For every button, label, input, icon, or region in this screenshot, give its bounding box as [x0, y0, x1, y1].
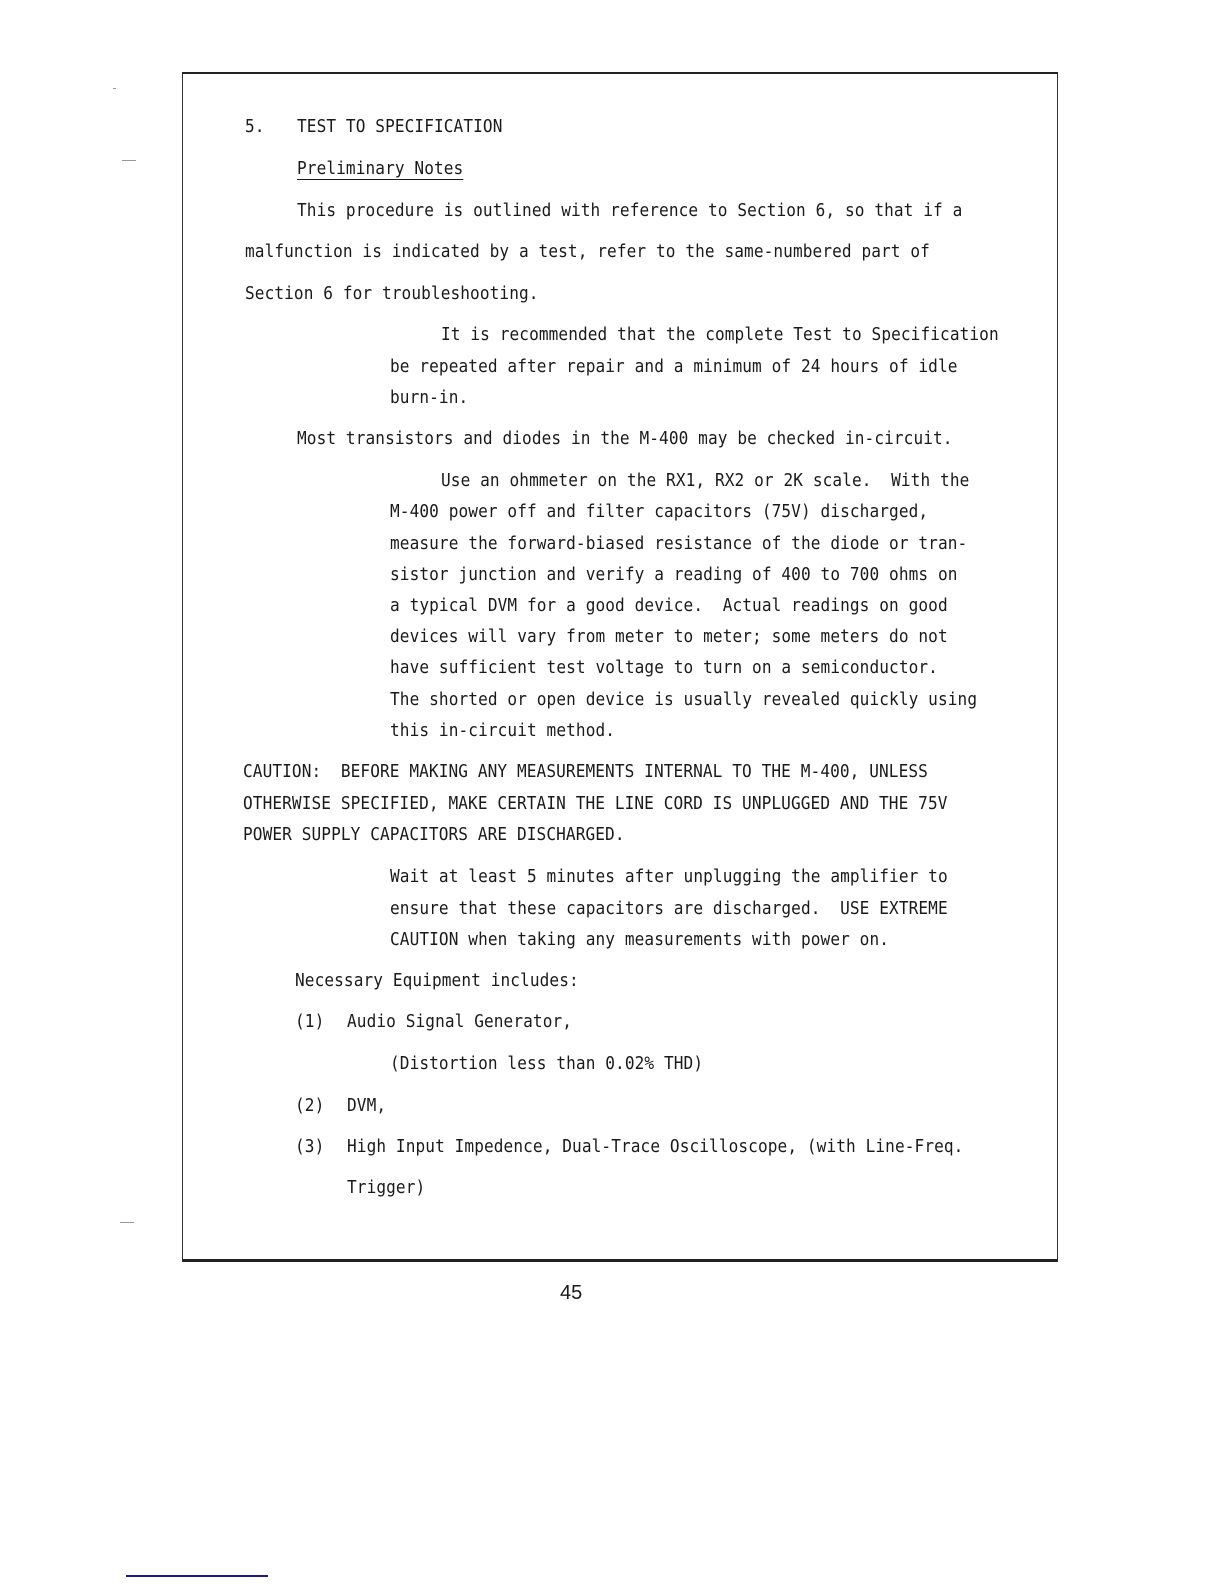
footer-rule [126, 1575, 268, 1577]
ohmmeter-line: sistor junction and verify a reading of … [390, 565, 958, 585]
scan-speck [122, 160, 136, 161]
transistor-line: Most transistors and diodes in the M-400… [297, 429, 953, 449]
ohmmeter-line: M-400 power off and filter capacitors (7… [390, 502, 928, 522]
caution-line: OTHERWISE SPECIFIED, MAKE CERTAIN THE LI… [243, 794, 948, 814]
ohmmeter-line: Use an ohmmeter on the RX1, RX2 or 2K sc… [441, 471, 969, 491]
wait-line: ensure that these capacitors are dischar… [390, 899, 948, 919]
equipment-item: High Input Impedence, Dual-Trace Oscillo… [347, 1137, 963, 1157]
intro-line: malfunction is indicated by a test, refe… [245, 242, 930, 262]
caution-line: CAUTION: BEFORE MAKING ANY MEASUREMENTS … [243, 762, 928, 782]
wait-line: CAUTION when taking any measurements wit… [390, 930, 889, 950]
scan-speck [120, 1222, 134, 1223]
intro-line: This procedure is outlined with referenc… [297, 201, 962, 221]
scan-speck [113, 88, 116, 89]
equipment-item: Audio Signal Generator, [347, 1012, 572, 1032]
ohmmeter-line: this in-circuit method. [390, 721, 615, 741]
page-number: 45 [560, 1282, 582, 1305]
wait-line: Wait at least 5 minutes after unplugging… [390, 867, 948, 887]
ohmmeter-line: The shorted or open device is usually re… [390, 690, 977, 710]
section-number: 5. [245, 117, 265, 137]
equipment-number: (2) [295, 1096, 324, 1116]
equipment-number: (1) [295, 1012, 324, 1032]
intro-line: Section 6 for troubleshooting. [245, 284, 539, 304]
equipment-item: DVM, [347, 1096, 386, 1116]
equipment-number: (3) [295, 1137, 324, 1157]
subheading: Preliminary Notes [297, 159, 463, 179]
ohmmeter-line: devices will vary from meter to meter; s… [390, 627, 948, 647]
recommend-line: It is recommended that the complete Test… [441, 325, 999, 345]
equipment-heading: Necessary Equipment includes: [295, 971, 579, 991]
equipment-note: (Distortion less than 0.02% THD) [390, 1054, 703, 1074]
ohmmeter-line: have sufficient test voltage to turn on … [390, 658, 938, 678]
section-title: TEST TO SPECIFICATION [297, 117, 502, 137]
ohmmeter-line: a typical DVM for a good device. Actual … [390, 596, 948, 616]
caution-line: POWER SUPPLY CAPACITORS ARE DISCHARGED. [243, 825, 625, 845]
ohmmeter-line: measure the forward-biased resistance of… [390, 534, 967, 554]
equipment-item-continuation: Trigger) [347, 1178, 425, 1198]
recommend-line: be repeated after repair and a minimum o… [390, 357, 958, 377]
recommend-line: burn-in. [390, 388, 468, 408]
